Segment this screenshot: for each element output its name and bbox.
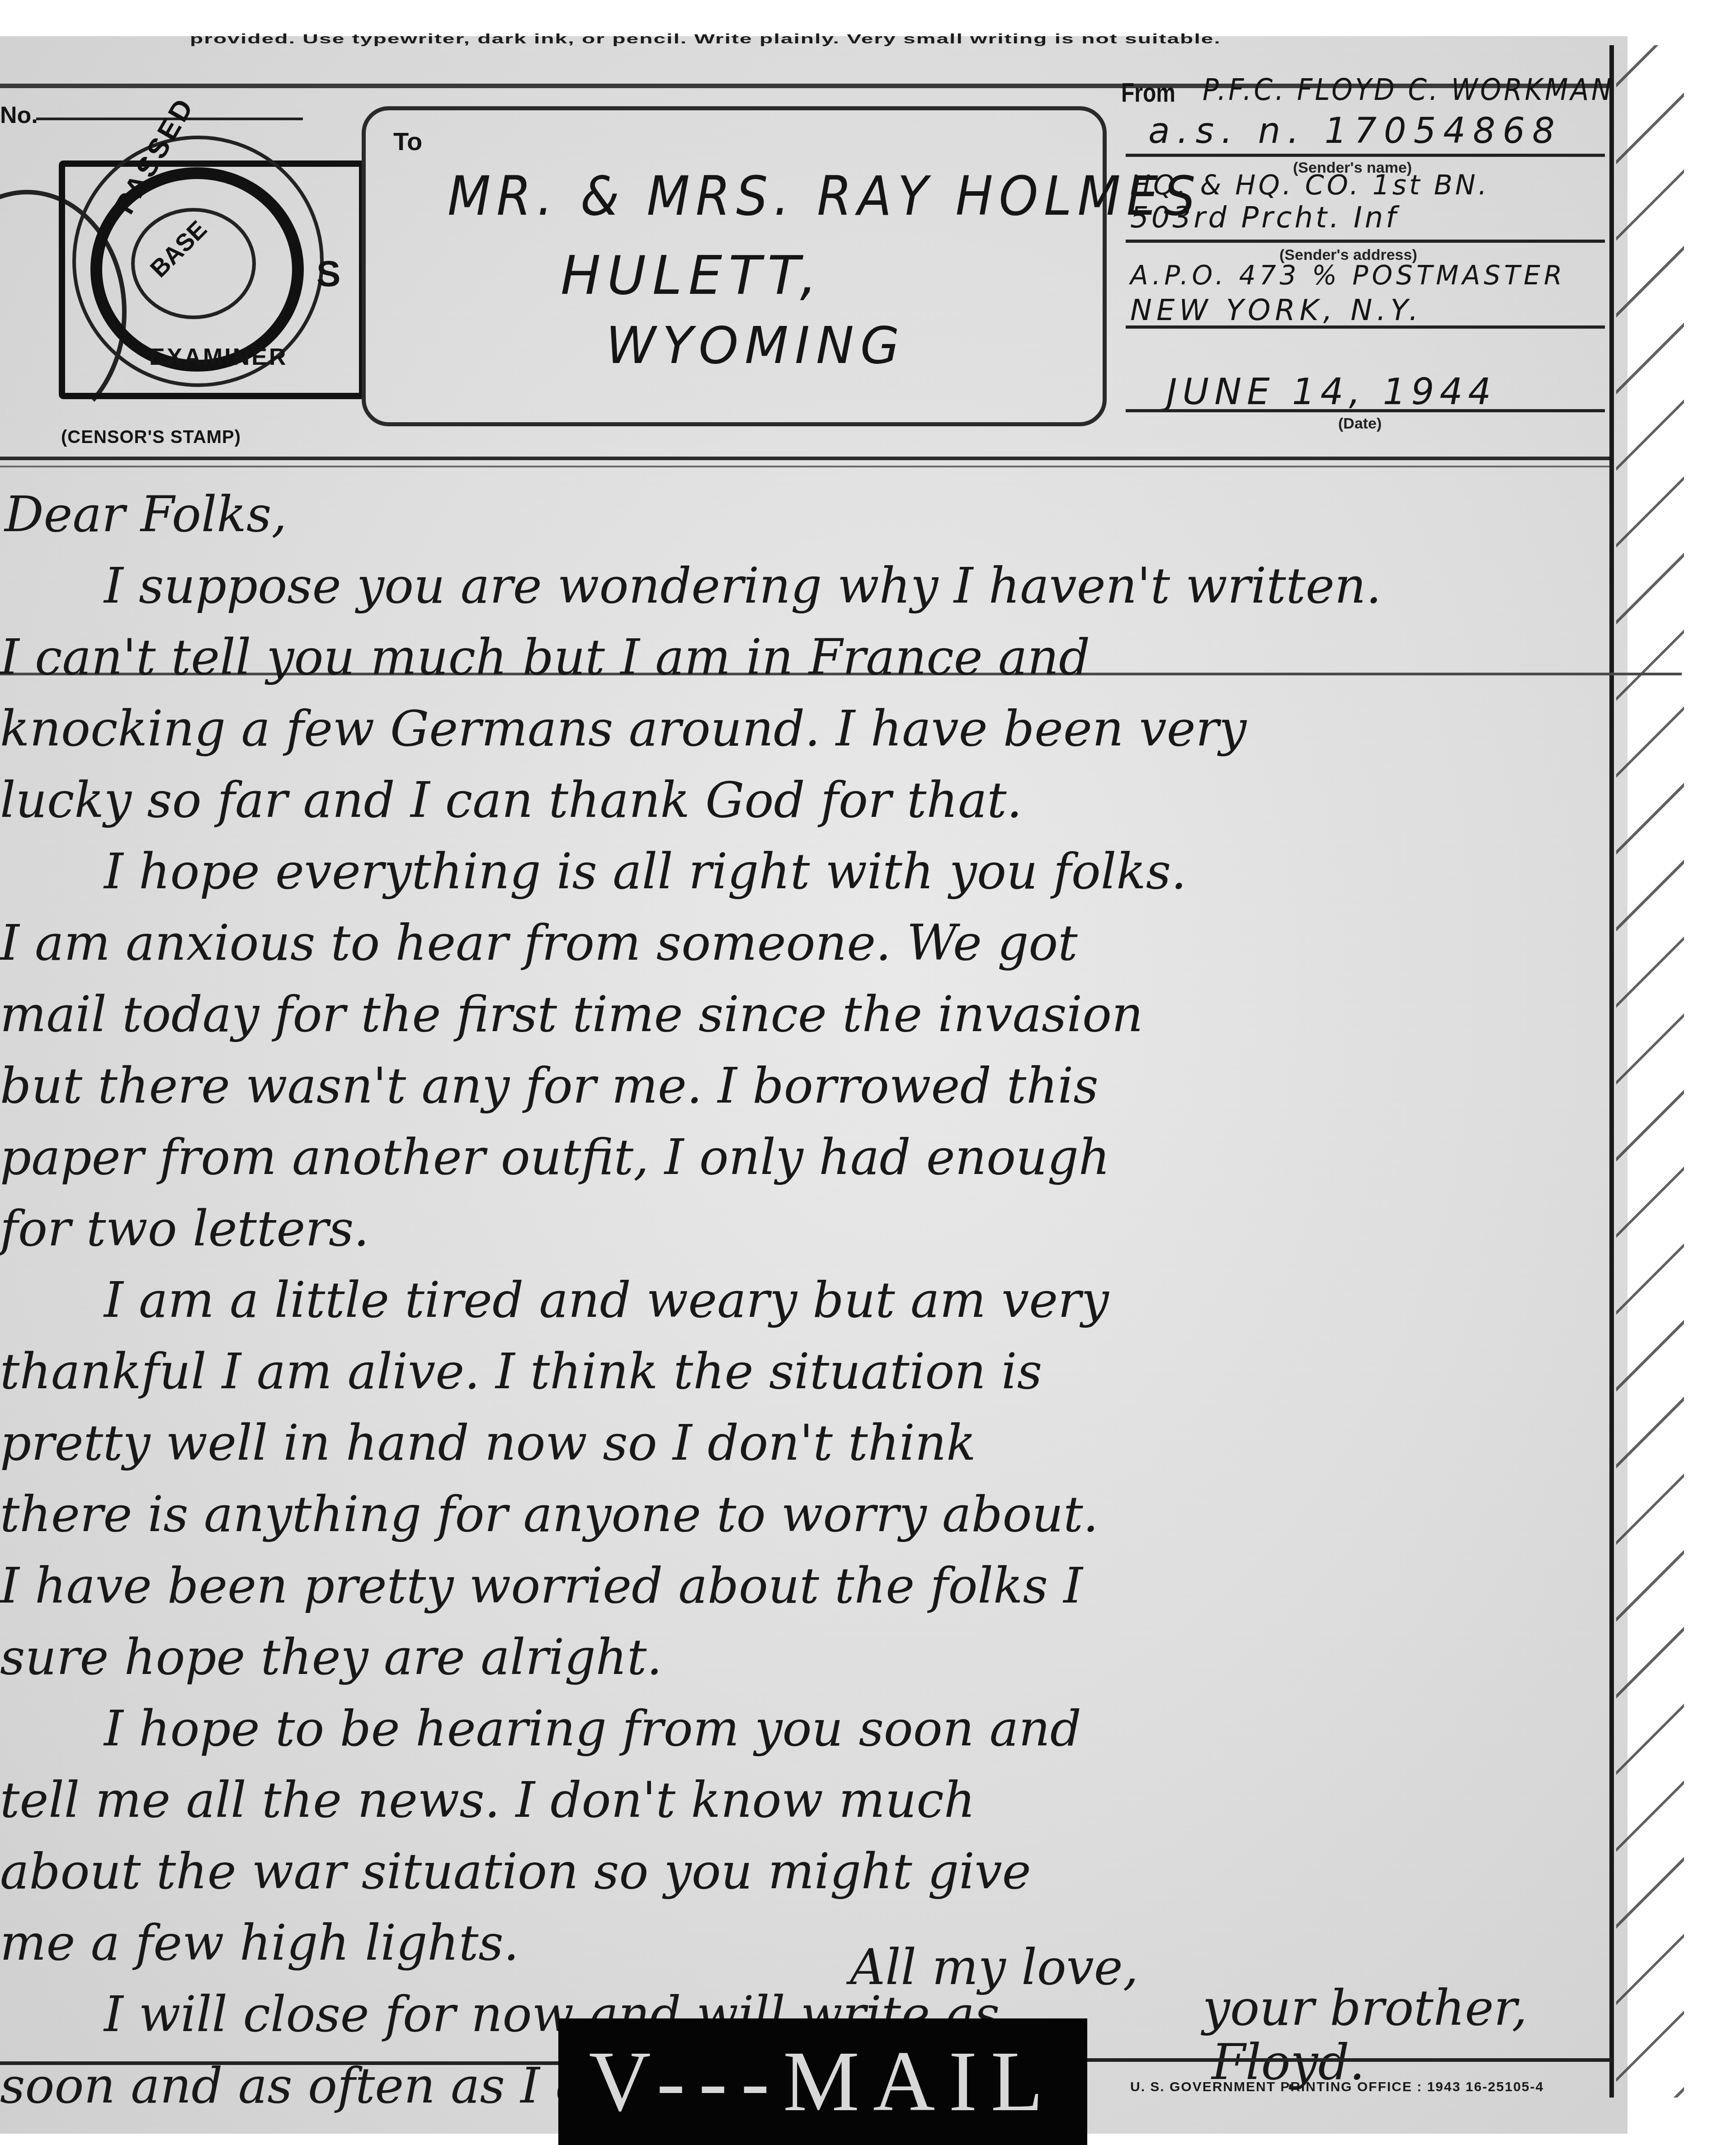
letter-line: there is anything for anyone to worry ab… [0,1479,1609,1551]
sender-city: NEW YORK, N.Y. [1130,294,1423,327]
censor-stamp-label: (CENSOR'S STAMP) [61,427,241,448]
letter-line: I hope to be hearing from you soon and [0,1693,1609,1765]
letter-line: I am anxious to hear from someone. We go… [0,908,1609,979]
letter-line: but there wasn't any for me. I borrowed … [0,1051,1609,1122]
sender-unit: HQ. & HQ. CO. 1st BN. [1130,170,1490,201]
right-border-line [1609,45,1614,2098]
stamp-side-letter: S [316,253,340,295]
sender-name-line [1126,154,1605,157]
recipient-town: HULETT, [561,244,823,306]
printing-office-footer: U. S. GOVERNMENT PRINTING OFFICE : 1943 … [1130,2079,1544,2095]
header-divider-secondary [0,466,1609,467]
letter-line: sure hope they are alright. [0,1622,1609,1693]
sender-name: P.F.C. FLOYD C. WORKMAN [1203,72,1614,107]
from-label: From [1121,77,1175,108]
date-line [1126,409,1605,412]
letter-line: thankful I am alive. I think the situati… [0,1336,1609,1408]
sender-regiment: 503rd Prcht. Inf [1130,201,1399,235]
letter-line: about the war situation so you might giv… [0,1836,1609,1908]
number-label: No. [0,102,38,129]
letter-line: lucky so far and I can thank God for tha… [0,765,1609,836]
sender-serial: a.s. n. 17054868 [1148,111,1562,151]
letter-lines: I suppose you are wondering why I haven'… [0,551,1609,2122]
letter-line: me a few high lights. [0,1908,1609,1979]
header-divider [0,457,1609,460]
bottom-rule-left [0,2061,558,2065]
stamp-examiner-text: EXAMINER [149,344,288,371]
sender-city-line [1126,325,1605,329]
letter-line: I hope everything is all right with you … [0,836,1609,908]
letter-line: I suppose you are wondering why I haven'… [0,551,1609,622]
to-label: To [393,127,422,156]
recipient-name: MR. & MRS. RAY HOLMES [448,165,1201,228]
letter-greeting: Dear Folks, [0,479,1609,551]
letter-line: I am a little tired and weary but am ver… [0,1265,1609,1336]
letter-closing: All my love, [850,1939,1138,1996]
letter-line: knocking a few Germans around. I have be… [0,693,1609,765]
letter-line: for two letters. [0,1193,1609,1265]
letter-line: tell me all the news. I don't know much [0,1765,1609,1836]
letter-date: JUNE 14, 1944 [1166,371,1496,413]
letter-line: paper from another outfit, I only had en… [0,1122,1609,1193]
vmail-banner: V---MAIL [558,2018,1087,2145]
form-instructions: provided. Use typewriter, dark ink, or p… [190,32,1365,47]
letter-line: I can't tell you much but I am in France… [0,622,1609,693]
letter-line: pretty well in hand now so I don't think [0,1408,1609,1479]
letter-line: I have been pretty worried about the fol… [0,1551,1609,1622]
recipient-state: WYOMING [606,316,906,375]
date-caption: (Date) [1338,415,1382,433]
hatched-margin [1616,45,1684,2098]
sender-address-line [1126,240,1605,243]
letter-body: Dear Folks, I suppose you are wondering … [0,479,1609,2122]
letter-line: mail today for the first time since the … [0,979,1609,1051]
letter-closing-relation: your brother, [1203,1980,1527,2037]
bottom-rule-right [1087,2058,1612,2062]
sender-apo: A.P.O. 473 % POSTMASTER [1130,260,1566,291]
